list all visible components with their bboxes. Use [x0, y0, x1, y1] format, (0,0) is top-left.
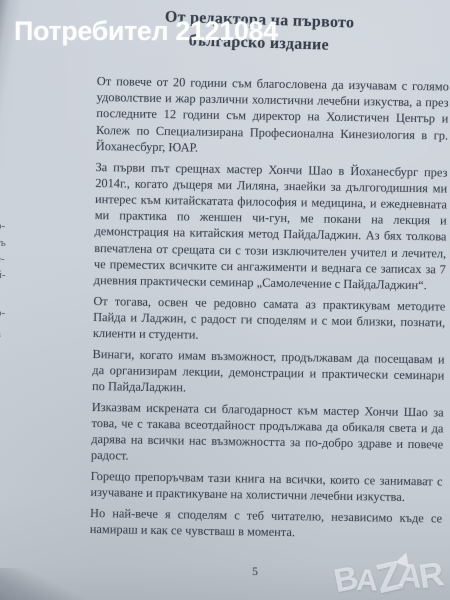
- paragraph: Винаги, когато имам възможност, продължа…: [92, 346, 445, 400]
- text-fragment: о-: [0, 220, 5, 232]
- paragraph: Но най-вече я споделям с теб читателю, н…: [90, 505, 442, 543]
- paragraph: Изказвам искрената си благодарност към м…: [91, 399, 444, 469]
- paragraph: За първи път срещнах мастер Хончи Шао в …: [94, 159, 448, 294]
- text-fragment: а: [0, 328, 1, 340]
- book-page-photo: От редактора на първото българско издани…: [0, 0, 450, 600]
- page-corner-shadow: [0, 568, 85, 600]
- text-fragment: е-: [0, 253, 5, 265]
- body-text: От повече от 20 години съм благословена …: [90, 73, 449, 547]
- text-fragment: й-: [0, 269, 6, 281]
- text-fragment: ть: [0, 237, 6, 249]
- page-number: 5: [238, 566, 272, 579]
- paragraph: От повече от 20 години съм благословена …: [96, 73, 449, 160]
- user-watermark: Потребител 2121084: [14, 16, 278, 47]
- paragraph: От тогава, освен че редовно самата аз пр…: [93, 293, 446, 347]
- bazar-logo: BAZAR: [333, 548, 445, 600]
- paragraph: Горещо препоръчвам тази книга на всички,…: [90, 468, 442, 506]
- text-fragment: о-: [0, 307, 5, 319]
- bazar-logo-letter: R: [417, 555, 447, 597]
